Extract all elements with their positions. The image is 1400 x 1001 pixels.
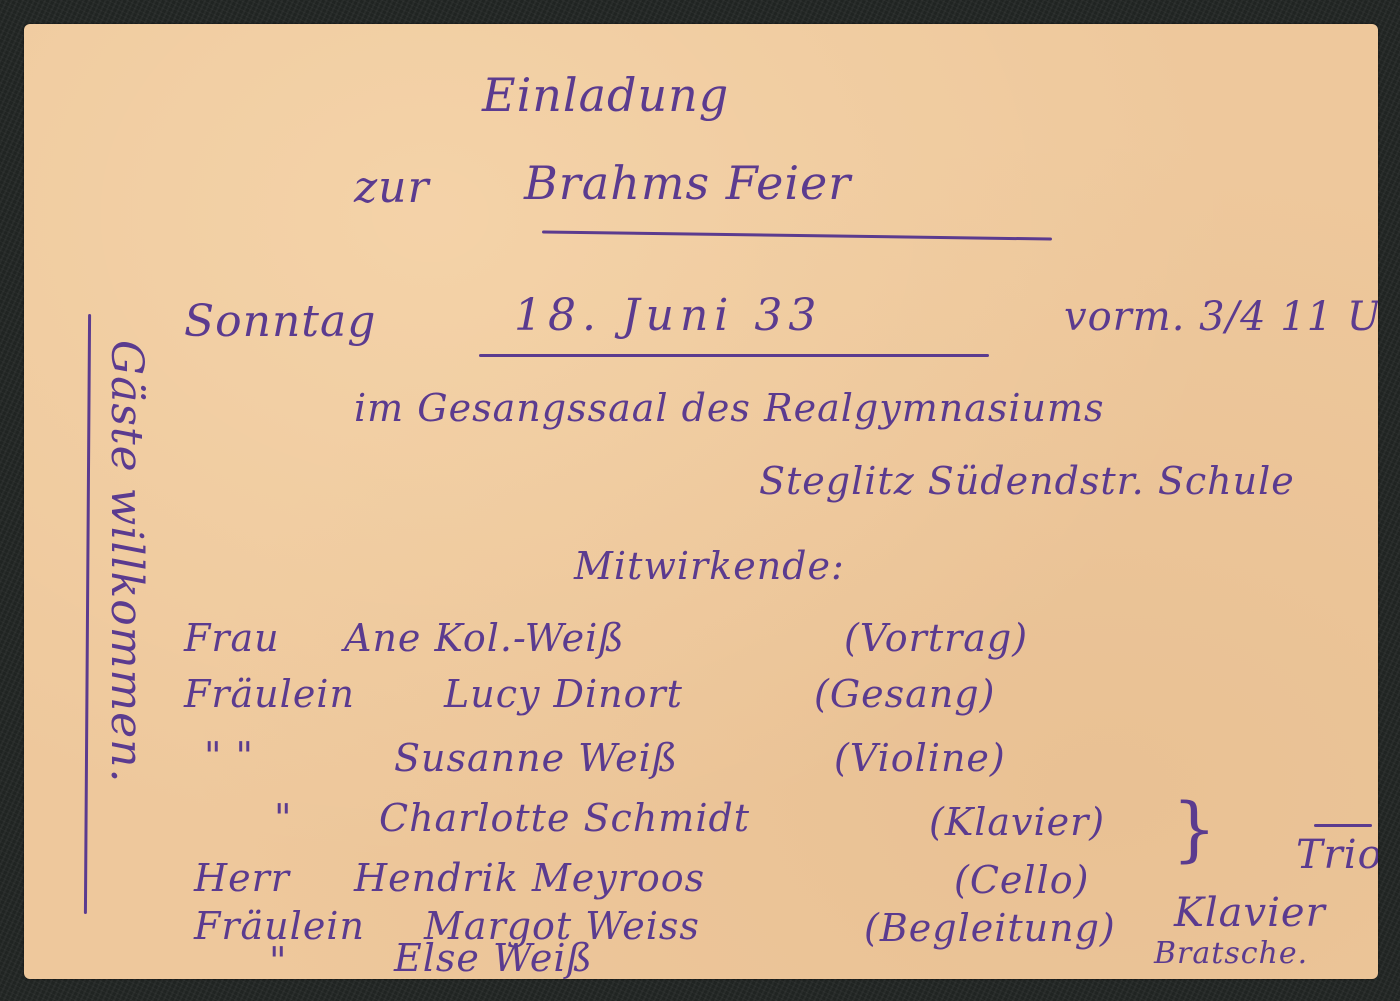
trio-bracket: }: [1172, 788, 1218, 870]
margin-note: Gäste willkommen.: [101, 340, 152, 784]
performer-3-name: Susanne Weiß: [394, 736, 678, 780]
performers-heading: Mitwirkende:: [574, 544, 845, 588]
performer-4-role: (Klavier): [929, 800, 1105, 844]
performer-3-role: (Violine): [834, 736, 1006, 780]
date-value: 18. Juni 33: [514, 290, 822, 341]
margin-line: [84, 314, 91, 914]
location-line1: im Gesangssaal des Realgymnasiums: [354, 386, 1105, 430]
performer-3-prefix: " ": [204, 734, 254, 778]
performer-5-name: Hendrik Meyroos: [354, 856, 705, 900]
performer-7-name: Else Weiß: [394, 936, 593, 979]
postcard: Einladung zur Brahms Feier Sonntag 18. J…: [24, 24, 1378, 979]
performer-2-role: (Gesang): [814, 672, 995, 716]
performer-2-name: Lucy Dinort: [444, 672, 683, 716]
performer-4-name: Charlotte Schmidt: [379, 796, 750, 840]
heading-einladung: Einladung: [482, 68, 729, 122]
performer-1-role: (Vortrag): [844, 616, 1028, 660]
performer-7-prefix: ": [269, 939, 287, 979]
heading-event: Brahms Feier: [524, 156, 851, 210]
date-underline: [479, 354, 989, 357]
performer-2-prefix: Fräulein: [184, 672, 355, 716]
location-line2: Steglitz Südendstr. Schule: [759, 459, 1295, 503]
heading-underline: [542, 230, 1052, 240]
performer-1-name: Ane Kol.-Weiß: [344, 616, 625, 660]
accompaniment-instrument: Klavier: [1174, 890, 1326, 936]
date-time: vorm. 3/4 11 Uhr: [1064, 294, 1378, 340]
performer-6-role: (Begleitung): [864, 906, 1116, 950]
performer-5-role: (Cello): [954, 858, 1089, 902]
date-weekday: Sonntag: [184, 296, 376, 347]
trio-mark: [1314, 824, 1372, 827]
accompaniment-instrument-2: Bratsche.: [1154, 936, 1308, 971]
trio-label: Trio: [1296, 832, 1378, 878]
heading-zur: zur: [354, 162, 430, 213]
performer-5-prefix: Herr: [194, 856, 290, 900]
performer-4-prefix: ": [274, 796, 292, 840]
performer-1-prefix: Frau: [184, 616, 280, 660]
